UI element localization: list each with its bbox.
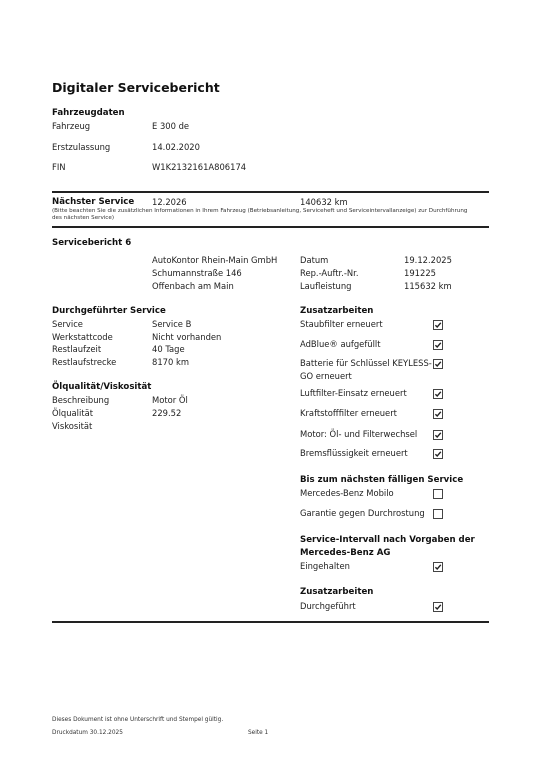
vehicle-value: E 300 de bbox=[152, 121, 189, 131]
workshop-code-label: Werkstattcode bbox=[52, 332, 113, 342]
print-date: Druckdatum 30.12.2025 bbox=[52, 730, 123, 736]
checklist-item-label: Bremsflüssigkeit erneuert bbox=[300, 448, 408, 458]
mileage-value: 115632 km bbox=[404, 281, 452, 291]
interval-heading-1: Service-Intervall nach Vorgaben der bbox=[300, 535, 475, 545]
divider bbox=[52, 226, 489, 228]
service-label: Service bbox=[52, 319, 83, 329]
vin-value: W1K2132161A806174 bbox=[152, 162, 246, 172]
oil-heading: Ölqualität/Viskosität bbox=[52, 382, 151, 392]
checkbox-checked[interactable] bbox=[433, 449, 443, 459]
checklist-item-label: GO erneuert bbox=[300, 371, 352, 381]
performed-heading: Durchgeführter Service bbox=[52, 306, 166, 316]
oil-quality-value: 229.52 bbox=[152, 408, 181, 418]
oil-quality-label: Ölqualität bbox=[52, 408, 93, 418]
checklist-item-label: Staubfilter erneuert bbox=[300, 319, 383, 329]
next-service-label: Nächster Service bbox=[52, 197, 134, 207]
vehicle-heading: Fahrzeugdaten bbox=[52, 108, 125, 118]
remaining-distance-label: Restlaufstrecke bbox=[52, 357, 116, 367]
checkbox-checked[interactable] bbox=[433, 602, 443, 612]
first-registration-label: Erstzulassung bbox=[52, 142, 110, 152]
remaining-time-label: Restlaufzeit bbox=[52, 344, 101, 354]
checkbox-checked[interactable] bbox=[433, 359, 443, 369]
vin-label: FIN bbox=[52, 162, 66, 172]
service-value: Service B bbox=[152, 319, 191, 329]
next-service-date: 12.2026 bbox=[152, 197, 187, 207]
dealer-name: AutoKontor Rhein-Main GmbH bbox=[152, 255, 277, 265]
interval-heading-2: Mercedes-Benz AG bbox=[300, 548, 390, 558]
checkbox-checked[interactable] bbox=[433, 562, 443, 572]
checkbox-checked[interactable] bbox=[433, 409, 443, 419]
remaining-distance-value: 8170 km bbox=[152, 357, 189, 367]
checklist-item-label: Durchgeführt bbox=[300, 601, 356, 611]
date-label: Datum bbox=[300, 255, 328, 265]
checklist-item-label: Luftfilter-Einsatz erneuert bbox=[300, 388, 407, 398]
checkbox-unchecked[interactable] bbox=[433, 509, 443, 519]
checklist-item-label: Batterie für Schlüssel KEYLESS- bbox=[300, 358, 432, 368]
oil-description-label: Beschreibung bbox=[52, 395, 109, 405]
checkbox-checked[interactable] bbox=[433, 320, 443, 330]
extra-work2-heading: Zusatzarbeiten bbox=[300, 587, 373, 597]
viscosity-label: Viskosität bbox=[52, 421, 92, 431]
divider bbox=[52, 191, 489, 193]
order-no-label: Rep.-Auftr.-Nr. bbox=[300, 268, 359, 278]
next-service-mileage: 140632 km bbox=[300, 197, 348, 207]
workshop-code-value: Nicht vorhanden bbox=[152, 332, 221, 342]
extra-work-heading: Zusatzarbeiten bbox=[300, 306, 373, 316]
checkbox-unchecked[interactable] bbox=[433, 489, 443, 499]
page-title: Digitaler Servicebericht bbox=[52, 80, 220, 95]
report-heading: Servicebericht 6 bbox=[52, 238, 131, 248]
checklist-item-label: Motor: Öl- und Filterwechsel bbox=[300, 429, 417, 439]
order-no-value: 191225 bbox=[404, 268, 436, 278]
vehicle-label: Fahrzeug bbox=[52, 121, 90, 131]
mileage-label: Laufleistung bbox=[300, 281, 351, 291]
disclaimer: Dieses Dokument ist ohne Unterschrift un… bbox=[52, 717, 223, 723]
divider bbox=[52, 621, 489, 623]
until-next-heading: Bis zum nächsten fälligen Service bbox=[300, 475, 463, 485]
checkbox-checked[interactable] bbox=[433, 340, 443, 350]
dealer-city: Offenbach am Main bbox=[152, 281, 234, 291]
first-registration-value: 14.02.2020 bbox=[152, 142, 200, 152]
checklist-item-label: Garantie gegen Durchrostung bbox=[300, 508, 425, 518]
checklist-item-label: AdBlue® aufgefüllt bbox=[300, 339, 381, 349]
checkbox-checked[interactable] bbox=[433, 389, 443, 399]
checklist-item-label: Mercedes-Benz Mobilo bbox=[300, 488, 394, 498]
oil-description-value: Motor Öl bbox=[152, 395, 188, 405]
next-service-note: (Bitte beachten Sie die zusätzlichen Inf… bbox=[52, 208, 472, 222]
page-number: Seite 1 bbox=[248, 730, 268, 736]
dealer-street: Schumannstraße 146 bbox=[152, 268, 242, 278]
date-value: 19.12.2025 bbox=[404, 255, 452, 265]
checklist-item-label: Kraftstofffilter erneuert bbox=[300, 408, 397, 418]
checkbox-checked[interactable] bbox=[433, 430, 443, 440]
remaining-time-value: 40 Tage bbox=[152, 344, 185, 354]
checklist-item-label: Eingehalten bbox=[300, 561, 350, 571]
